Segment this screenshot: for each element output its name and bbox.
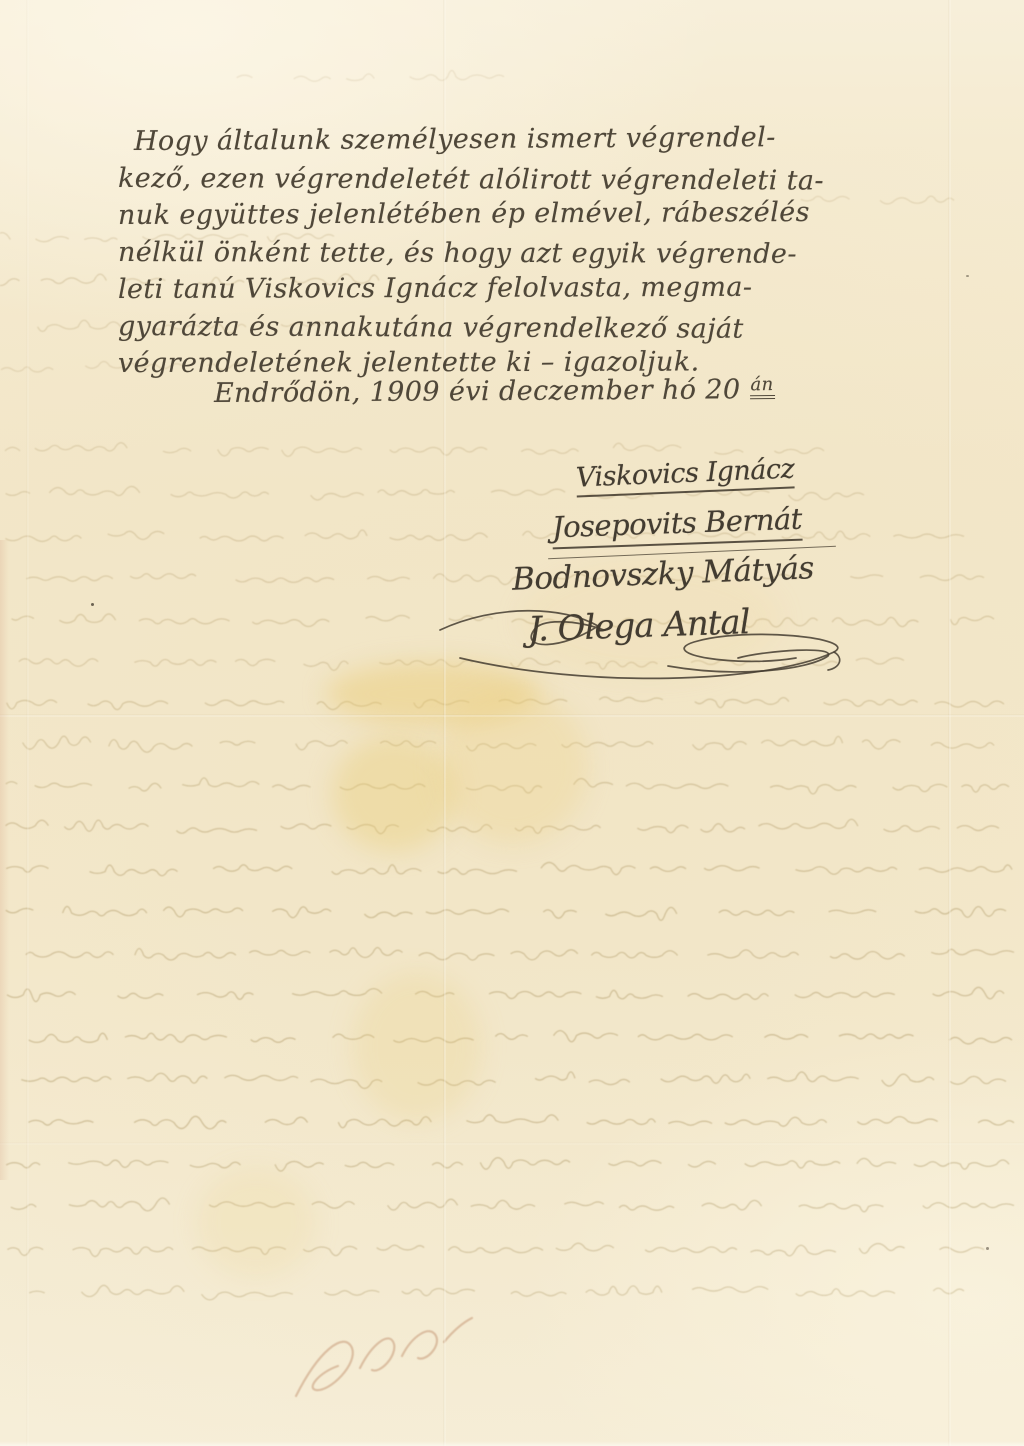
- date-place-text: Endrődön, 1909 évi deczember hó 20: [214, 374, 741, 409]
- scanned-letter-page: Hogy általunk személyesen ismert végrend…: [0, 0, 1024, 1446]
- handwritten-line: Hogy általunk személyesen ismert végrend…: [134, 122, 824, 163]
- handwritten-line: nélkül önként tette, és hogy azt egyik v…: [118, 237, 824, 276]
- page-edge-highlight: [0, 1441, 1024, 1446]
- date-line: Endrődön, 1909 évi deczember hó 20 án: [214, 374, 775, 409]
- paper-stain: [438, 688, 588, 844]
- paper-stain: [352, 972, 482, 1122]
- signature-flourish: [436, 596, 866, 706]
- letter-body: Hogy általunk személyesen ismert végrend…: [118, 126, 824, 385]
- signature-josepovits-bernat: Josepovits Bernát: [551, 502, 802, 550]
- date-superscript: án: [749, 374, 774, 399]
- ink-speck: [91, 603, 94, 606]
- fold-crease-vertical: [948, 0, 951, 1446]
- signature-viskovics-ignacz: Viskovics Ignácz: [575, 453, 795, 497]
- fold-crease-horizontal: [0, 1142, 1024, 1145]
- handwritten-line: nuk együttes jelenlétében ép elmével, rá…: [118, 197, 824, 237]
- fold-crease-vertical: [26, 0, 29, 1446]
- paper-stain: [332, 736, 456, 852]
- handwritten-line: leti tanú Viskovics Ignácz felolvasta, m…: [118, 272, 824, 311]
- handwritten-line: gyarázta és annakutána végrendelkező saj…: [118, 311, 824, 351]
- fold-crease-horizontal: [0, 714, 1024, 717]
- page-edge-shade: [0, 540, 9, 1180]
- ink-speck: [966, 275, 969, 277]
- paper-stain: [196, 1168, 316, 1278]
- ink-speck: [986, 1247, 989, 1250]
